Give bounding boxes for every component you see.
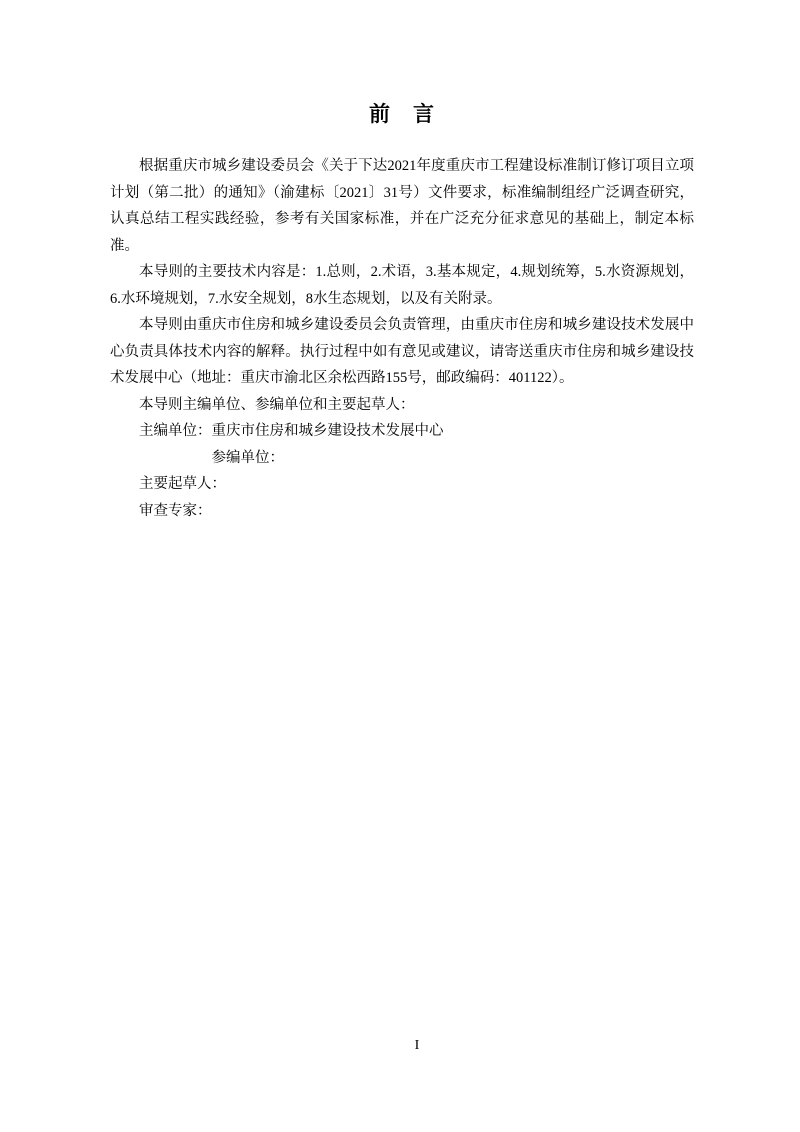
- document-title: 前 言: [110, 99, 694, 129]
- paragraph-technical-contents: 本导则的主要技术内容是：1.总则，2.术语，3.基本规定，4.规划统筹，5.水资…: [110, 259, 694, 312]
- paragraph-review-experts: 审查专家：: [110, 498, 694, 525]
- paragraph-participating-unit: 参编单位：: [110, 445, 694, 472]
- page-number: I: [415, 1038, 420, 1054]
- paragraph-administration-contact: 本导则由重庆市住房和城乡建设委员会负责管理，由重庆市住房和城乡建设技术发展中心负…: [110, 312, 694, 392]
- paragraph-basis: 根据重庆市城乡建设委员会《关于下达2021年度重庆市工程建设标准制订修订项目立项…: [110, 153, 694, 259]
- document-body: 根据重庆市城乡建设委员会《关于下达2021年度重庆市工程建设标准制订修订项目立项…: [110, 153, 694, 524]
- paragraph-chief-editing-unit: 主编单位：重庆市住房和城乡建设技术发展中心: [110, 418, 694, 445]
- document-page: 前 言 根据重庆市城乡建设委员会《关于下达2021年度重庆市工程建设标准制订修订…: [0, 0, 800, 1132]
- paragraph-units-intro: 本导则主编单位、参编单位和主要起草人：: [110, 392, 694, 419]
- paragraph-main-drafters: 主要起草人：: [110, 471, 694, 498]
